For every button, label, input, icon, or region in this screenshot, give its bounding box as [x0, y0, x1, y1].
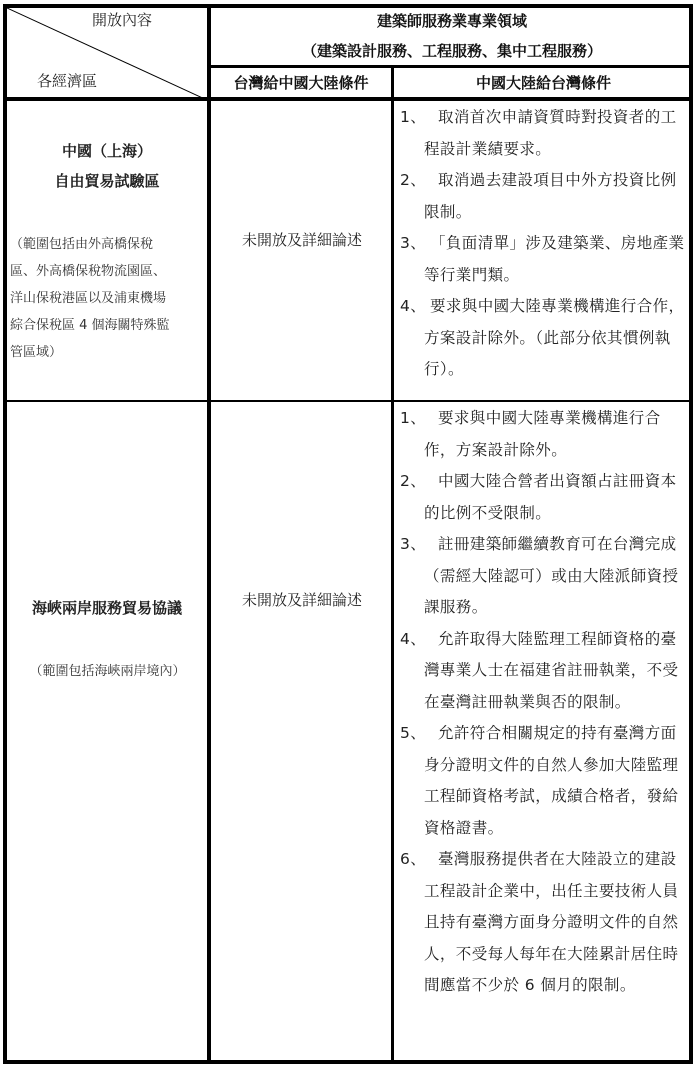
condition-text: 註冊建築師繼續教育可在台灣完成（需經大陸認可）或由大陸派師資授課服務。	[400, 529, 690, 624]
scope-line: 管區域）	[10, 339, 205, 366]
condition-text: 取消過去建設項目中外方投資比例限制。	[400, 165, 690, 228]
tw-to-cn-status: 未開放及詳細論述	[212, 589, 392, 610]
condition-text: 要求與中國大陸專業機構進行合作，方案設計除外。（此部分依其慣例執行）。	[400, 291, 690, 386]
condition-item: 1、 要求與中國大陸專業機構進行合作，方案設計除外。	[400, 403, 690, 466]
condition-number: 1、	[400, 403, 426, 435]
condition-text: 「負面清單」涉及建築業、房地產業等行業門類。	[400, 228, 690, 291]
region-name-line: 自由貿易試驗區	[7, 166, 207, 196]
region-scope: （範圍包括由外高橋保稅 區、外高橋保稅物流園區、 洋山保稅港區以及浦東機場 綜合…	[10, 231, 205, 366]
condition-text: 取消首次申請資質時對投資者的工程設計業績要求。	[400, 102, 690, 165]
scope-line: 洋山保稅港區以及浦東機場	[10, 285, 205, 312]
condition-item: 4、 允許取得大陸監理工程師資格的臺灣專業人士在福建省註冊執業，不受在臺灣註冊執…	[400, 624, 690, 719]
column-header-cn-to-tw: 中國大陸給台灣條件	[394, 72, 693, 93]
condition-number: 2、	[400, 165, 426, 197]
scope-line: 綜合保稅區 4 個海關特殊監	[10, 312, 205, 339]
column-axis-label: 開放內容	[92, 9, 152, 30]
tw-to-cn-status: 未開放及詳細論述	[212, 229, 392, 250]
condition-item: 4、 要求與中國大陸專業機構進行合作，方案設計除外。（此部分依其慣例執行）。	[400, 291, 690, 386]
condition-item: 3、 「負面清單」涉及建築業、房地產業等行業門類。	[400, 228, 690, 291]
condition-number: 6、	[400, 844, 426, 876]
condition-item: 2、 中國大陸合營者出資額占註冊資本的比例不受限制。	[400, 466, 690, 529]
header-divider	[211, 65, 693, 68]
row-divider	[3, 400, 693, 402]
condition-text: 允許取得大陸監理工程師資格的臺灣專業人士在福建省註冊執業，不受在臺灣註冊執業與否…	[400, 624, 690, 719]
condition-number: 3、	[400, 529, 426, 561]
header-title: 建築師服務業專業領域	[211, 10, 693, 31]
condition-number: 2、	[400, 466, 426, 498]
condition-item: 6、 臺灣服務提供者在大陸設立的建設工程設計企業中，出任主要技術人員且持有臺灣方…	[400, 844, 690, 1002]
row-axis-label: 各經濟區	[37, 70, 97, 91]
column-divider-2	[391, 66, 394, 1064]
condition-item: 1、 取消首次申請資質時對投資者的工程設計業績要求。	[400, 102, 690, 165]
cn-to-tw-conditions: 1、 要求與中國大陸專業機構進行合作，方案設計除外。 2、 中國大陸合營者出資額…	[400, 403, 690, 1002]
condition-text: 臺灣服務提供者在大陸設立的建設工程設計企業中，出任主要技術人員且持有臺灣方面身分…	[400, 844, 690, 1002]
region-name: 海峽兩岸服務貿易協議	[7, 593, 207, 623]
condition-item: 3、 註冊建築師繼續教育可在台灣完成（需經大陸認可）或由大陸派師資授課服務。	[400, 529, 690, 624]
column-divider-1	[207, 4, 211, 1064]
scope-line: 區、外高橋保稅物流園區、	[10, 258, 205, 285]
condition-text: 中國大陸合營者出資額占註冊資本的比例不受限制。	[400, 466, 690, 529]
column-header-tw-to-cn: 台灣給中國大陸條件	[211, 72, 391, 93]
condition-text: 允許符合相關規定的持有臺灣方面身分證明文件的自然人參加大陸監理工程師資格考試，成…	[400, 718, 690, 844]
condition-number: 1、	[400, 102, 426, 134]
condition-number: 3、	[400, 228, 426, 260]
condition-text: 要求與中國大陸專業機構進行合作，方案設計除外。	[400, 403, 690, 466]
condition-number: 4、	[400, 624, 426, 656]
region-scope: （範圍包括海峽兩岸境內）	[10, 658, 205, 685]
condition-number: 4、	[400, 291, 426, 323]
region-name-line: 中國（上海）	[7, 136, 207, 166]
header-subtitle: （建築設計服務、工程服務、集中工程服務）	[211, 40, 693, 61]
cn-to-tw-conditions: 1、 取消首次申請資質時對投資者的工程設計業績要求。 2、 取消過去建設項目中外…	[400, 102, 690, 386]
region-name-line: 海峽兩岸服務貿易協議	[7, 593, 207, 623]
condition-item: 2、 取消過去建設項目中外方投資比例限制。	[400, 165, 690, 228]
scope-line: （範圍包括海峽兩岸境內）	[10, 658, 205, 685]
condition-number: 5、	[400, 718, 426, 750]
condition-item: 5、 允許符合相關規定的持有臺灣方面身分證明文件的自然人參加大陸監理工程師資格考…	[400, 718, 690, 844]
region-name: 中國（上海） 自由貿易試驗區	[7, 136, 207, 196]
scope-line: （範圍包括由外高橋保稅	[10, 231, 205, 258]
